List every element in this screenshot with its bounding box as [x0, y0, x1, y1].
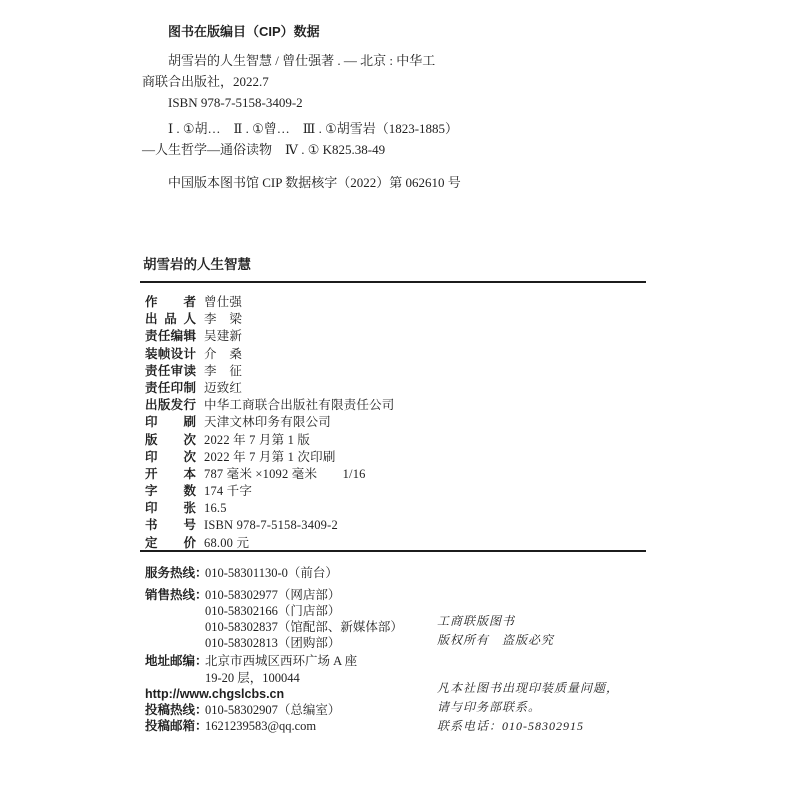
- colophon-label: 书号: [145, 517, 196, 534]
- contact-value: 010-58302837（馆配部、新媒体部）: [205, 620, 403, 634]
- colophon-row: 出版发行中华工商联合出版社有限责任公司: [145, 397, 645, 414]
- book-title: 胡雪岩的人生智慧: [143, 253, 251, 273]
- contact-value: 010-58301130-0（前台）: [205, 566, 338, 580]
- copyright-page: { "cip": { "heading": "图书在版编目（CIP）数据", "…: [0, 0, 800, 800]
- colophon-table: 作者曾仕强 出品人李 梁 责任编辑吴建新 装帧设计介 桑 责任审读李 征 责任印…: [145, 294, 645, 552]
- colophon-row: 印刷天津文林印务有限公司: [145, 414, 645, 431]
- colophon-value: 2022 年 7 月第 1 次印刷: [204, 450, 336, 464]
- website-url: http://www.chgslcbs.cn: [145, 686, 445, 702]
- contact-value: 010-58302977（网店部）: [205, 588, 340, 602]
- colophon-row: 版次2022 年 7 月第 1 版: [145, 432, 645, 449]
- colophon-label: 印次: [145, 449, 196, 466]
- imprint-note: 工商联版图书: [437, 612, 515, 629]
- cip-title-line: 胡雪岩的人生智慧 / 曾仕强著 . — 北京 : 中华工: [142, 50, 654, 71]
- colophon-row: 开本787 毫米 ×1092 毫米 1/16: [145, 466, 645, 483]
- colophon-row: 作者曾仕强: [145, 294, 645, 311]
- colophon-value: 李 征: [204, 364, 242, 378]
- contact-label: 地址邮编：: [145, 653, 205, 669]
- contact-value: 010-58302813（团购部）: [205, 636, 340, 650]
- colophon-label: 责任编辑: [145, 328, 196, 345]
- colophon-label: 责任审读: [145, 363, 196, 380]
- cip-record-number: 中国版本图书馆 CIP 数据核字（2022）第 062610 号: [142, 172, 654, 193]
- colophon-value: 吴建新: [204, 329, 242, 343]
- colophon-value: 介 桑: [204, 347, 242, 361]
- cip-classification-line-2: —人生哲学—通俗读物 Ⅳ . ① K825.38-49: [142, 139, 654, 160]
- cip-classification-line-1: Ⅰ . ①胡… Ⅱ . ①曾… Ⅲ . ①胡雪岩（1823-1885）: [142, 118, 654, 139]
- colophon-label: 开本: [145, 466, 196, 483]
- cip-isbn: ISBN 978-7-5158-3409-2: [142, 92, 654, 113]
- contact-row: 服务热线：010-58301130-0（前台）: [145, 565, 445, 581]
- colophon-label: 责任印制: [145, 380, 196, 397]
- colophon-row: 装帧设计介 桑: [145, 346, 645, 363]
- contact-row: 010-58302166（门店部）: [145, 603, 445, 619]
- contact-row: 19-20 层，100044: [145, 670, 445, 686]
- colophon-label: 作者: [145, 294, 196, 311]
- contact-value: 19-20 层，100044: [205, 671, 300, 685]
- contact-row: 投稿邮箱：1621239583@qq.com: [145, 718, 445, 734]
- colophon-value: 迈致红: [204, 381, 242, 395]
- colophon-row: 责任审读李 征: [145, 363, 645, 380]
- quality-notice-line: 凡本社图书出现印装质量问题，: [437, 679, 619, 698]
- contact-value: 010-58302166（门店部）: [205, 604, 340, 618]
- contact-label: 投稿热线：: [145, 702, 205, 718]
- colophon-label: 装帧设计: [145, 346, 196, 363]
- colophon-label: 印刷: [145, 414, 196, 431]
- colophon-value: 曾仕强: [204, 295, 242, 309]
- contact-row: 投稿热线：010-58302907（总编室）: [145, 702, 445, 718]
- contact-value: 010-58302907（总编室）: [205, 703, 340, 717]
- cip-heading: 图书在版编目（CIP）数据: [142, 21, 654, 42]
- colophon-value: 李 梁: [204, 312, 242, 326]
- colophon-label: 出品人: [145, 311, 196, 328]
- colophon-value: 174 千字: [204, 484, 252, 498]
- colophon-value: 16.5: [204, 501, 227, 515]
- contact-label: 投稿邮箱：: [145, 718, 205, 734]
- divider-rule-top: [140, 281, 646, 283]
- colophon-row: 印次2022 年 7 月第 1 次印刷: [145, 449, 645, 466]
- contact-label: 服务热线：: [145, 565, 205, 581]
- colophon-value: 68.00 元: [204, 536, 249, 550]
- divider-rule-bottom: [140, 550, 646, 552]
- colophon-value: 2022 年 7 月第 1 版: [204, 433, 310, 447]
- colophon-label: 出版发行: [145, 397, 196, 414]
- colophon-row: 责任编辑吴建新: [145, 328, 645, 345]
- colophon-row: 印张16.5: [145, 500, 645, 517]
- contact-value: 北京市西城区西环广场 A 座: [205, 654, 357, 668]
- cip-data-block: 图书在版编目（CIP）数据 胡雪岩的人生智慧 / 曾仕强著 . — 北京 : 中…: [142, 21, 654, 193]
- copyright-notice: 版权所有 盗版必究: [437, 631, 554, 648]
- contact-row: 010-58302837（馆配部、新媒体部）: [145, 619, 445, 635]
- colophon-row: 字数174 千字: [145, 483, 645, 500]
- contact-label: 销售热线：: [145, 587, 205, 603]
- colophon-row: 出品人李 梁: [145, 311, 645, 328]
- colophon-row: 书号ISBN 978-7-5158-3409-2: [145, 517, 645, 534]
- print-quality-notice: 凡本社图书出现印装质量问题， 请与印务部联系。 联系电话：010-5830291…: [437, 679, 619, 736]
- contacts-block: 服务热线：010-58301130-0（前台） 销售热线：010-5830297…: [145, 565, 445, 734]
- contact-row: 地址邮编：北京市西城区西环广场 A 座: [145, 653, 445, 669]
- cip-publisher-line: 商联合出版社，2022.7: [142, 71, 654, 92]
- quality-notice-line: 请与印务部联系。: [437, 698, 619, 717]
- quality-notice-line: 联系电话：010-58302915: [437, 717, 619, 736]
- colophon-value: 天津文林印务有限公司: [204, 415, 331, 429]
- colophon-value: 787 毫米 ×1092 毫米 1/16: [204, 467, 366, 481]
- colophon-value: 中华工商联合出版社有限责任公司: [204, 398, 395, 412]
- colophon-row: 责任印制迈致红: [145, 380, 645, 397]
- colophon-label: 版次: [145, 432, 196, 449]
- contact-value: 1621239583@qq.com: [205, 719, 316, 733]
- colophon-value: ISBN 978-7-5158-3409-2: [204, 518, 338, 532]
- colophon-label: 字数: [145, 483, 196, 500]
- colophon-label: 印张: [145, 500, 196, 517]
- contact-row: 010-58302813（团购部）: [145, 635, 445, 651]
- contact-row: 销售热线：010-58302977（网店部）: [145, 587, 445, 603]
